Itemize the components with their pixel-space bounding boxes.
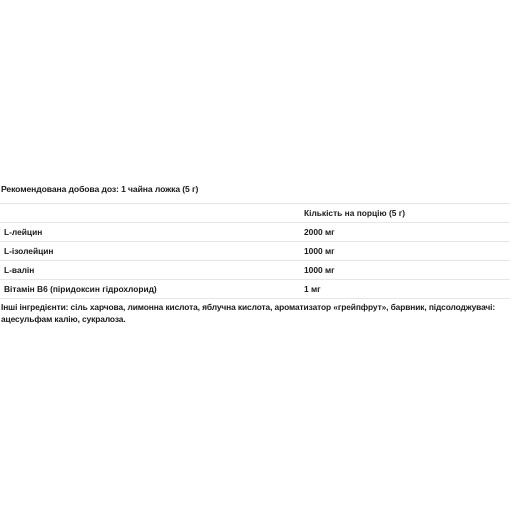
ingredient-amount: 1000 мг [304, 265, 510, 275]
header-amount: Кількість на порцію (5 г) [304, 208, 510, 218]
table-header-row: Кількість на порцію (5 г) [0, 203, 510, 222]
ingredient-amount: 2000 мг [304, 227, 510, 237]
table-row: L-лейцин 2000 мг [0, 222, 510, 241]
ingredient-name: L-валін [0, 265, 304, 275]
recommended-dose: Рекомендована добова доз: 1 чайна ложка … [1, 184, 198, 194]
ingredient-name: L-ізолейцин [0, 246, 304, 256]
nutrition-table: Кількість на порцію (5 г) L-лейцин 2000 … [0, 203, 510, 299]
other-ingredients: Інші інгредієнти: сіль харчова, лимонна … [1, 301, 511, 325]
ingredient-name: Вітамін В6 (піридоксин гідрохлорид) [0, 284, 304, 294]
ingredient-amount: 1000 мг [304, 246, 510, 256]
table-row: Вітамін В6 (піридоксин гідрохлорид) 1 мг [0, 279, 510, 299]
ingredient-amount: 1 мг [304, 284, 510, 294]
table-row: L-ізолейцин 1000 мг [0, 241, 510, 260]
table-row: L-валін 1000 мг [0, 260, 510, 279]
ingredient-name: L-лейцин [0, 227, 304, 237]
